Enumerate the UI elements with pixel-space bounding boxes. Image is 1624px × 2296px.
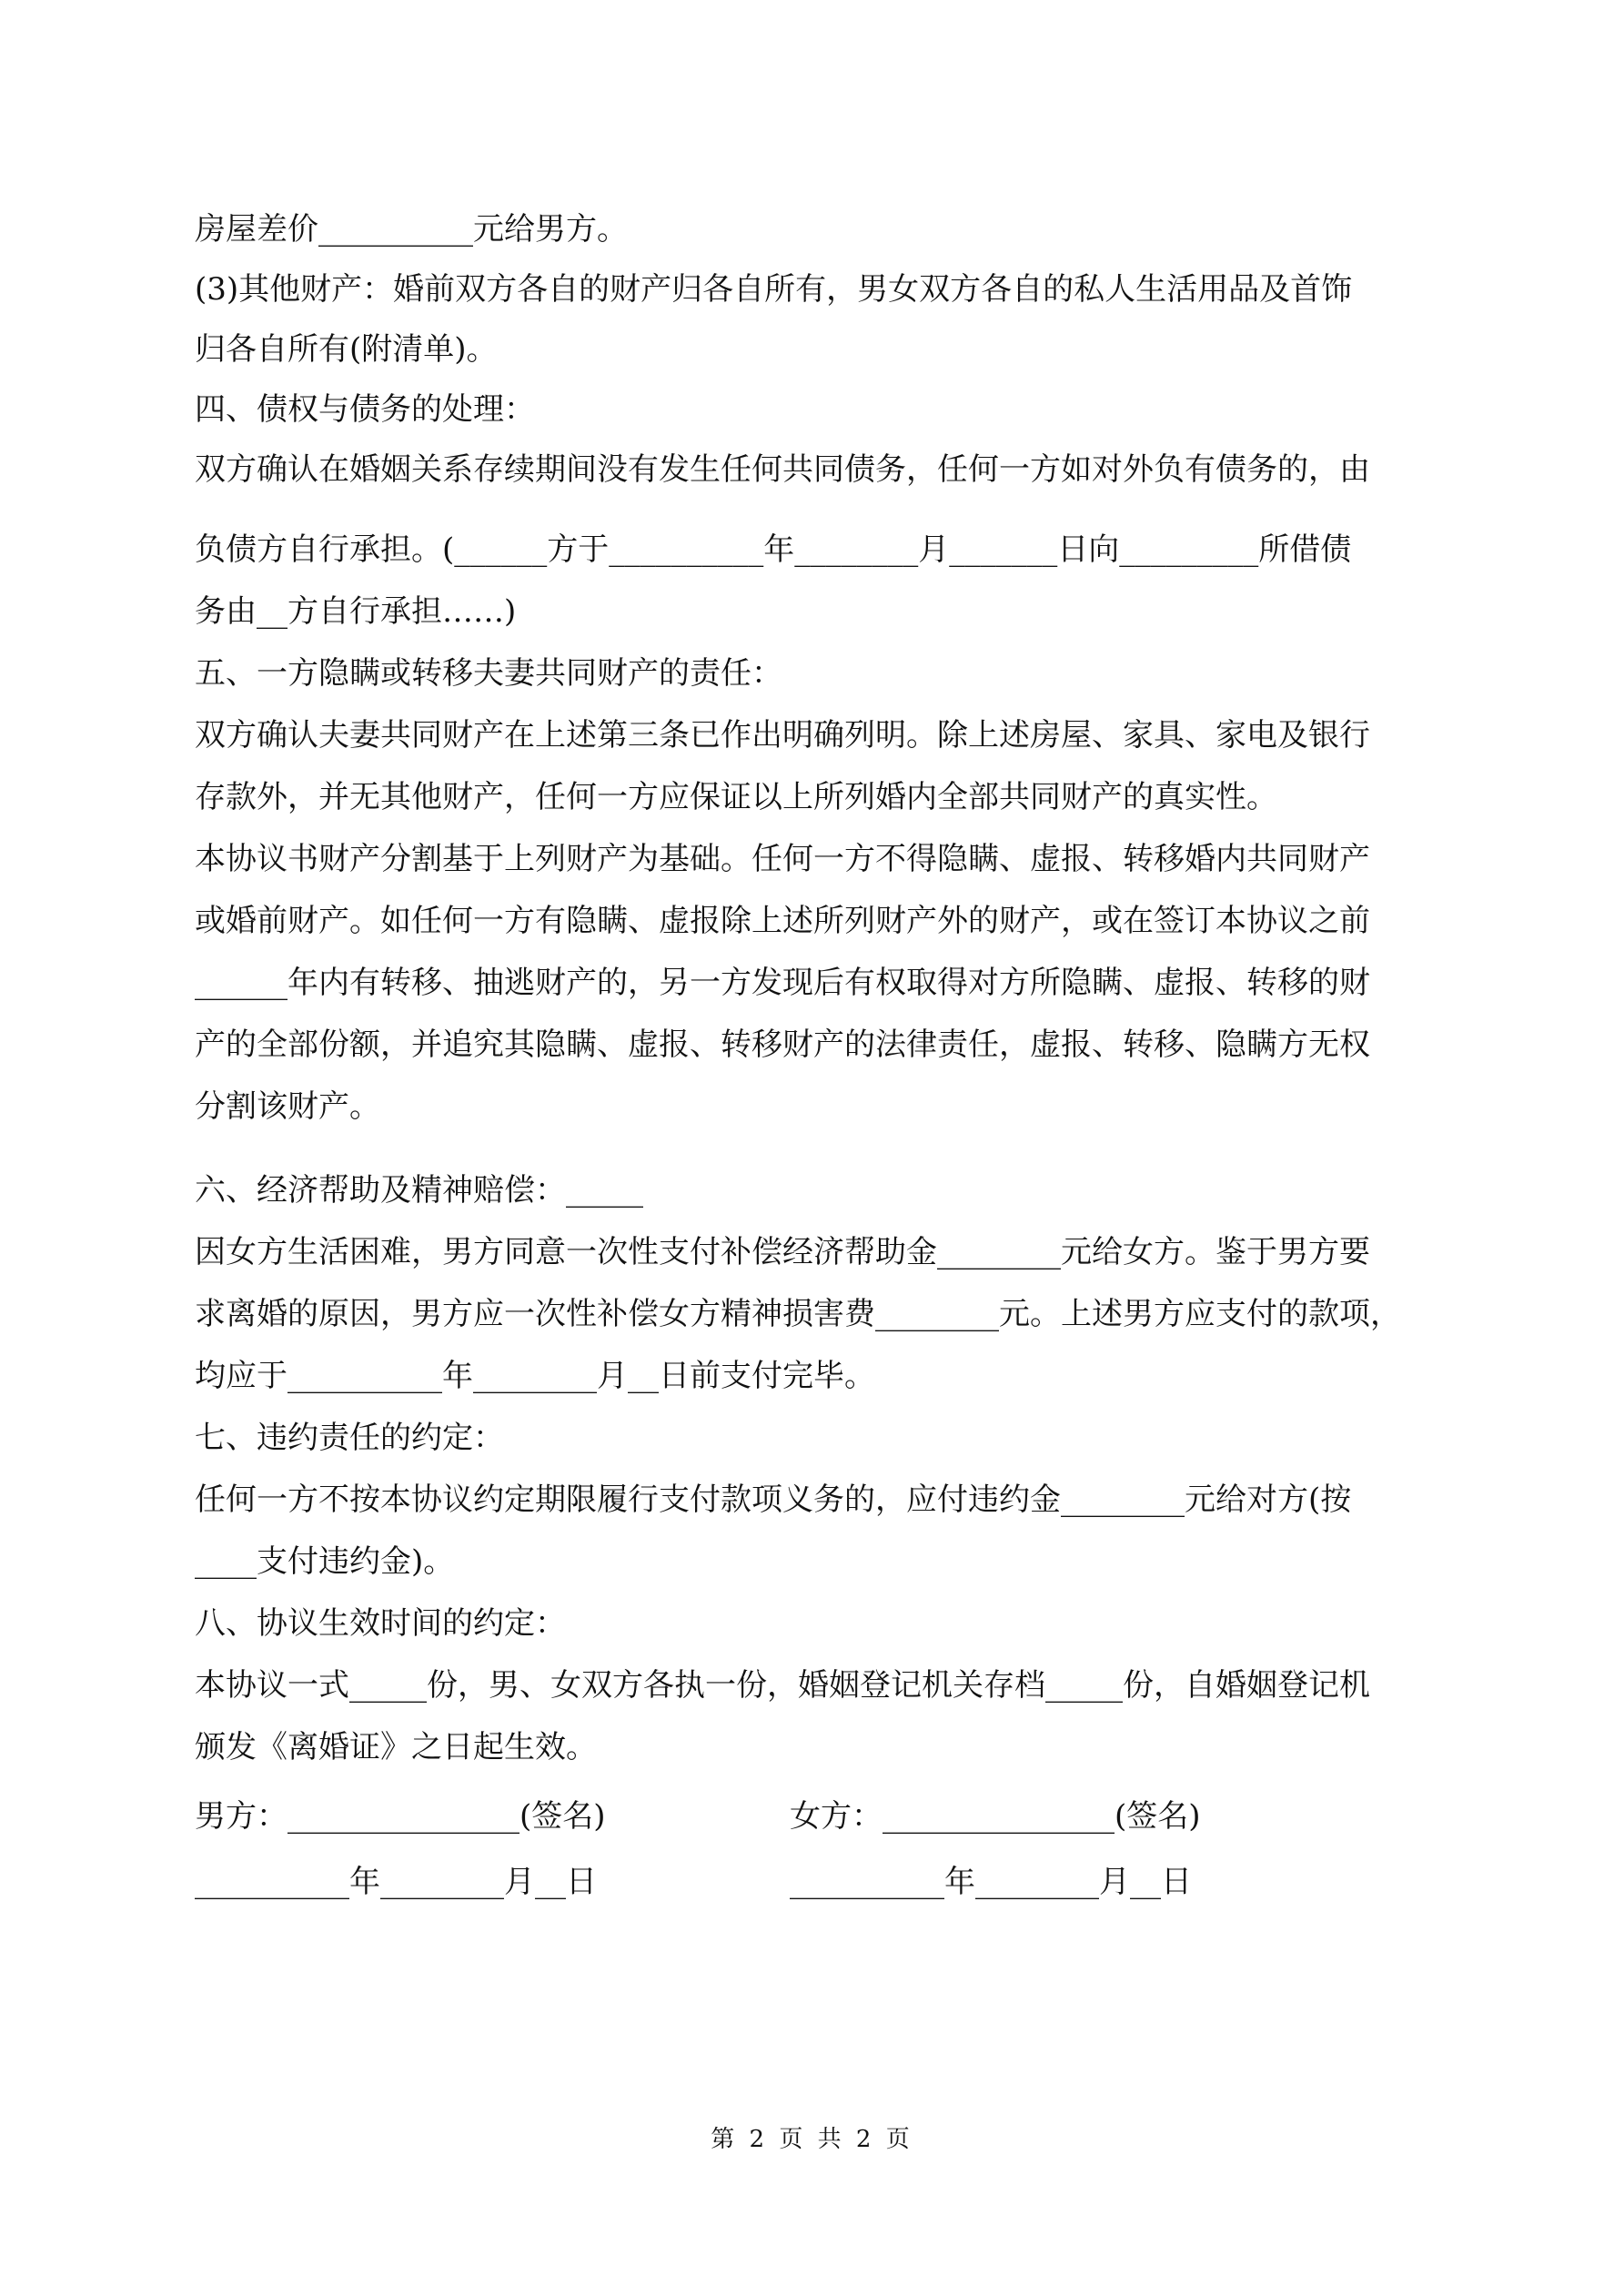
text-line: 颁发《离婚证》之日起生效。 bbox=[195, 1729, 1432, 1765]
text-line: 存款外，并无其他财产，任何一方应保证以上所列婚内全部共同财产的真实性。 bbox=[195, 779, 1432, 815]
text-line: 均应于__________年________月__日前支付完毕。 bbox=[195, 1358, 1432, 1394]
text-line: 本协议书财产分割基于上列财产为基础。任何一方不得隐瞒、虚报、转移婚内共同财产 bbox=[195, 841, 1432, 877]
text-line: 房屋差价__________元给男方。 bbox=[195, 211, 1432, 248]
text-line: 或婚前财产。如任何一方有隐瞒、虚报除上述所列财产外的财产，或在签订本协议之前 bbox=[195, 903, 1432, 939]
female-signature: 女方：_______________(签名) bbox=[790, 1798, 1336, 1835]
text-line: 归各自所有(附清单)。 bbox=[195, 331, 1432, 368]
section-heading: 四、债权与债务的处理： bbox=[195, 391, 1432, 428]
text-line: 任何一方不按本协议约定期限履行支付款项义务的，应付违约金________元给对方… bbox=[195, 1482, 1432, 1518]
section-heading: 七、违约责任的约定： bbox=[195, 1420, 1432, 1456]
text-line: 负债方自行承担。(______方于__________年________月___… bbox=[195, 531, 1432, 568]
text-line: 双方确认夫妻共同财产在上述第三条已作出明确列明。除上述房屋、家具、家电及银行 bbox=[195, 717, 1432, 754]
text-line: (3)其他财产：婚前双方各自的财产归各自所有，男女双方各自的私人生活用品及首饰 bbox=[195, 271, 1432, 308]
text-line: ______年内有转移、抽逃财产的，另一方发现后有权取得对方所隐瞒、虚报、转移的… bbox=[195, 965, 1432, 1001]
male-date: __________年________月__日 bbox=[195, 1864, 741, 1900]
text-line: 因女方生活困难，男方同意一次性支付补偿经济帮助金________元给女方。鉴于男… bbox=[195, 1234, 1432, 1270]
section-heading: 六、经济帮助及精神赔偿：_____ bbox=[195, 1172, 1432, 1209]
page-number-footer: 第 2 页 共 2 页 bbox=[0, 2120, 1624, 2154]
text-line: 务由__方自行承担……) bbox=[195, 593, 1432, 630]
text-line: 产的全部份额，并追究其隐瞒、虚报、转移财产的法律责任，虚报、转移、隐瞒方无权 bbox=[195, 1027, 1432, 1063]
text-line: 分割该财产。 bbox=[195, 1088, 1432, 1125]
female-date: __________年________月__日 bbox=[790, 1864, 1336, 1900]
section-heading: 八、协议生效时间的约定： bbox=[195, 1605, 1432, 1642]
text-line: 本协议一式_____份，男、女双方各执一份，婚姻登记机关存档_____份，自婚姻… bbox=[195, 1667, 1432, 1704]
text-line: ____支付违约金)。 bbox=[195, 1543, 1432, 1580]
text-line: 求离婚的原因，男方应一次性补偿女方精神损害费________元。上述男方应支付的… bbox=[195, 1296, 1432, 1332]
section-heading: 五、一方隐瞒或转移夫妻共同财产的责任： bbox=[195, 655, 1432, 692]
document-page: 房屋差价__________元给男方。 (3)其他财产：婚前双方各自的财产归各自… bbox=[0, 0, 1624, 2296]
male-signature: 男方：_______________(签名) bbox=[195, 1798, 741, 1835]
text-line: 双方确认在婚姻关系存续期间没有发生任何共同债务，任何一方如对外负有债务的，由 bbox=[195, 451, 1432, 488]
